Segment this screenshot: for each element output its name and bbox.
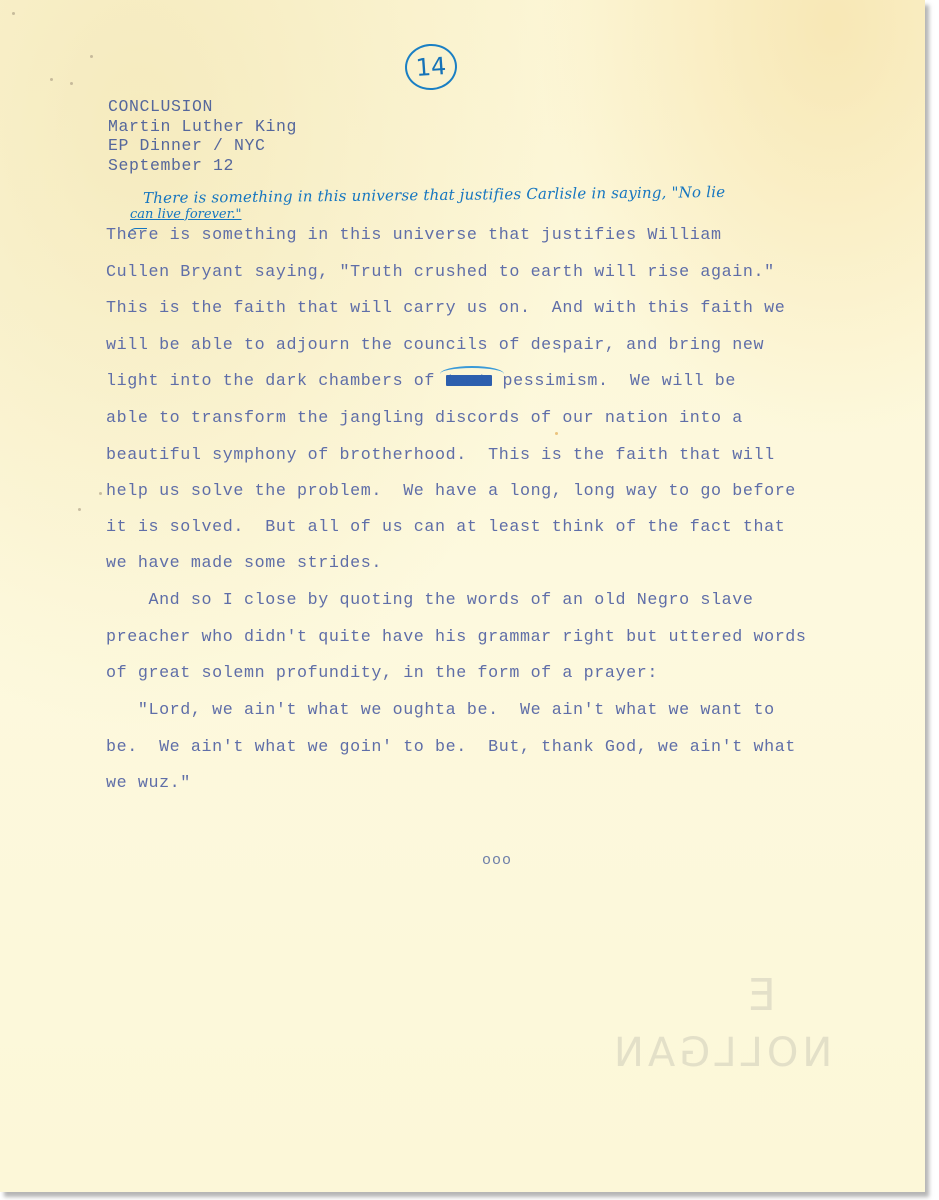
body-line: able to transform the jangling discords … <box>106 409 743 428</box>
bleed-through-mark: E <box>748 970 776 1021</box>
paper-speck <box>12 12 15 15</box>
body-line-segment: light into the dark chambers of <box>106 372 435 391</box>
body-line: will be able to adjourn the councils of … <box>106 336 764 355</box>
handwritten-annotation-line2: can live forever." <box>130 207 242 222</box>
body-line: There is something in this universe that… <box>106 226 722 245</box>
body-line-with-strikeout: light into the dark chambers of despair … <box>106 372 736 391</box>
paper-speck <box>70 82 73 85</box>
document-header: CONCLUSION Martin Luther King EP Dinner … <box>108 97 297 175</box>
body-line: help us solve the problem. We have a lon… <box>106 482 796 501</box>
body-line: Cullen Bryant saying, "Truth crushed to … <box>106 263 775 282</box>
header-event: EP Dinner / NYC <box>108 136 297 156</box>
paper-speck <box>90 55 93 58</box>
body-line: we wuz." <box>106 774 191 793</box>
body-line: This is the faith that will carry us on.… <box>106 299 785 318</box>
end-separator: ooo <box>482 852 512 869</box>
document-page: 14 CONCLUSION Martin Luther King EP Dinn… <box>0 0 925 1192</box>
body-line: be. We ain't what we goin' to be. But, t… <box>106 738 796 757</box>
header-author: Martin Luther King <box>108 117 297 137</box>
body-line: of great solemn profundity, in the form … <box>106 664 658 683</box>
paper-speck <box>50 78 53 81</box>
handwritten-arc-mark <box>440 366 504 382</box>
handwritten-annotation-line1: There is something in this universe that… <box>143 183 725 207</box>
paper-speck <box>555 432 558 435</box>
paper-speck <box>99 492 102 495</box>
header-title: CONCLUSION <box>108 97 297 117</box>
page-number-circled: 14 <box>403 42 458 92</box>
body-line: we have made some strides. <box>106 554 382 573</box>
body-line-segment: pessimism. We will be <box>503 372 737 391</box>
body-line: preacher who didn't quite have his gramm… <box>106 628 807 647</box>
body-line: it is solved. But all of us can at least… <box>106 518 785 537</box>
body-line: beautiful symphony of brotherhood. This … <box>106 446 775 465</box>
paper-speck <box>78 508 81 511</box>
header-date: September 12 <box>108 156 297 176</box>
body-line: And so I close by quoting the words of a… <box>106 591 753 610</box>
bleed-through-mark: NOLLGAN <box>610 1030 832 1076</box>
body-line: "Lord, we ain't what we oughta be. We ai… <box>106 701 775 720</box>
